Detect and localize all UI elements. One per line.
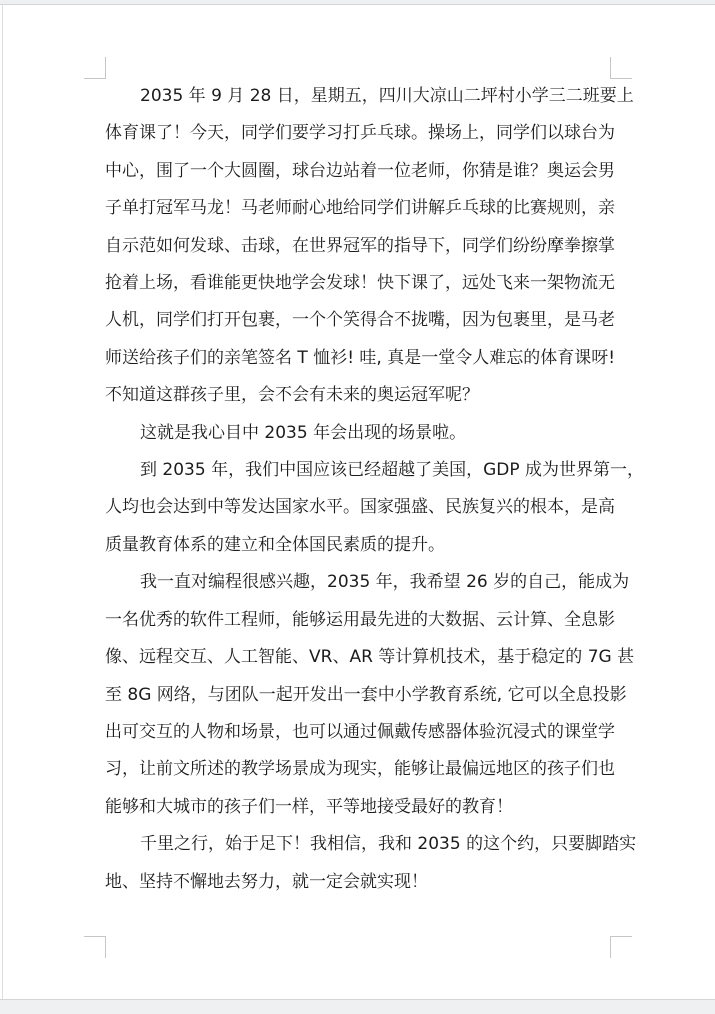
crop-mark-top-right [610, 57, 632, 79]
document-line[interactable]: 子单打冠军马龙！马老师耐心地给同学们讲解乒乓球的比赛规则，亲 [105, 190, 615, 227]
document-line[interactable]: 千里之行，始于足下！我相信，我和 2035 的这个约，只要脚踏实 [105, 826, 615, 863]
paragraph: 千里之行，始于足下！我相信，我和 2035 的这个约，只要脚踏实地、坚持不懈地去… [105, 826, 615, 901]
document-line[interactable]: 师送给孩子们的亲笔签名 T 恤衫! 哇, 真是一堂令人难忘的体育课呀! [105, 340, 615, 377]
document-line[interactable]: 体育课了！今天，同学们要学习打乒乓球。操场上，同学们以球台为 [105, 115, 615, 152]
document-line[interactable]: 地、坚持不懈地去努力，就一定会就实现！ [105, 864, 615, 901]
document-page[interactable]: 2035 年 9 月 28 日，星期五，四川大凉山二坪村小学三二班要上体育课了！… [0, 0, 715, 1014]
document-line[interactable]: 我一直对编程很感兴趣，2035 年，我希望 26 岁的自己，能成为 [105, 564, 615, 601]
document-line[interactable]: 自示范如何发球、击球，在世界冠军的指导下，同学们纷纷摩拳擦掌 [105, 228, 615, 265]
page-top-gap [0, 0, 715, 5]
document-line[interactable]: 能够和大城市的孩子们一样，平等地接受最好的教育！ [105, 789, 615, 826]
document-line[interactable]: 习，让前文所述的教学场景成为现实，能够让最偏远地区的孩子们也 [105, 751, 615, 788]
document-line[interactable]: 人机，同学们打开包裹，一个个笑得合不拢嘴，因为包裹里，是马老 [105, 302, 615, 339]
document-line[interactable]: 中心，围了一个大圆圈，球台边站着一位老师，你猜是谁？奥运会男 [105, 153, 615, 190]
paragraph: 2035 年 9 月 28 日，星期五，四川大凉山二坪村小学三二班要上体育课了！… [105, 78, 615, 415]
document-line[interactable]: 一名优秀的软件工程师，能够运用最先进的大数据、云计算、全息影 [105, 602, 615, 639]
crop-mark-bottom-right [610, 936, 632, 958]
document-line[interactable]: 人均也会达到中等发达国家水平。国家强盛、民族复兴的根本，是高 [105, 489, 615, 526]
document-line[interactable]: 到 2035 年，我们中国应该已经超越了美国，GDP 成为世界第一， [105, 452, 615, 489]
document-line[interactable]: 像、远程交互、人工智能、VR、AR 等计算机技术，基于稳定的 7G 甚 [105, 639, 615, 676]
document-line[interactable]: 至 8G 网络，与团队一起开发出一套中小学教育系统, 它可以全息投影 [105, 677, 615, 714]
paragraph: 这就是我心目中 2035 年会出现的场景啦。 [105, 415, 615, 452]
page-left-edge [2, 5, 3, 999]
document-line[interactable]: 质量教育体系的建立和全体国民素质的提升。 [105, 527, 615, 564]
document-line[interactable]: 出可交互的人物和场景，也可以通过佩戴传感器体验沉浸式的课堂学 [105, 714, 615, 751]
crop-mark-top-left [84, 57, 106, 79]
document-line[interactable]: 2035 年 9 月 28 日，星期五，四川大凉山二坪村小学三二班要上 [105, 78, 615, 115]
paragraph: 我一直对编程很感兴趣，2035 年，我希望 26 岁的自己，能成为一名优秀的软件… [105, 564, 615, 826]
document-line[interactable]: 抢着上场，看谁能更快地学会发球！快下课了，远处飞来一架物流无 [105, 265, 615, 302]
page-bottom-gap [0, 999, 715, 1014]
crop-mark-bottom-left [84, 936, 106, 958]
document-text-body[interactable]: 2035 年 9 月 28 日，星期五，四川大凉山二坪村小学三二班要上体育课了！… [105, 78, 615, 901]
paragraph: 到 2035 年，我们中国应该已经超越了美国，GDP 成为世界第一，人均也会达到… [105, 452, 615, 564]
document-line[interactable]: 不知道这群孩子里，会不会有未来的奥运冠军呢？ [105, 377, 615, 414]
document-line[interactable]: 这就是我心目中 2035 年会出现的场景啦。 [105, 415, 615, 452]
